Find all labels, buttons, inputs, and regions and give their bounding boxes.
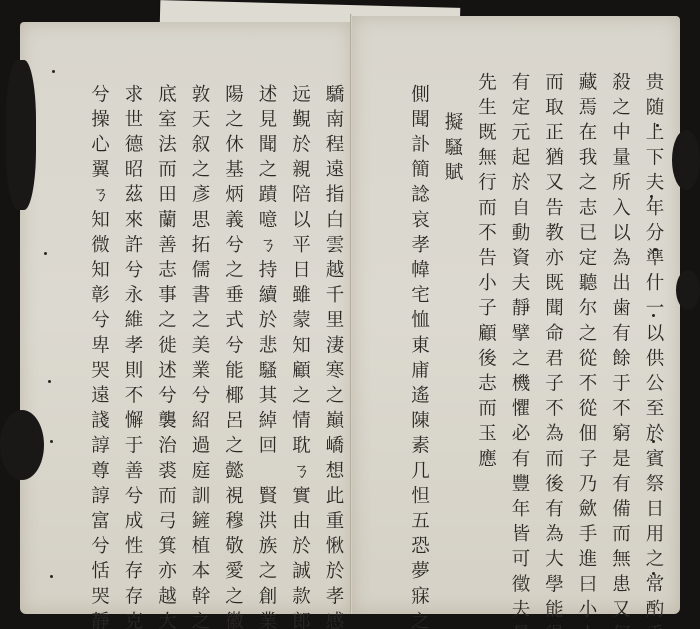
text-column: 側聞訃簡諗哀孝幃宅恤東庯遙陳素几怛五恐夢寐之羡 <box>409 84 428 592</box>
margin-mark <box>44 252 47 255</box>
text-column: 兮操心翼ㄋ知微知彰兮卑哭遠諓諄尊諄富兮恬哭靜嘿念 <box>89 84 108 584</box>
margin-mark <box>50 575 53 578</box>
manuscript-spread: 贵随上下夫年分準什一以供公至於賓祭日用之常酌乎不豐不 殺之中量所入以為出歯有餘于… <box>0 0 700 629</box>
text-column: 远覲於親陪以平日雖蒙知顧之情耽ㄋ實由於誠款郎遊年略 <box>290 84 309 584</box>
margin-mark <box>650 195 653 198</box>
center-fold <box>350 14 352 614</box>
edge-damage <box>0 410 44 480</box>
text-column: 而取正猶又告教亦既聞命君子不為而後有為大學能得必先 <box>543 72 562 592</box>
section-title: 擬騷賦 <box>443 112 462 592</box>
text-column: 先生既無行而不告小子顧後志而玉應 <box>476 72 495 592</box>
text-column: 求世德昭茲來許兮永維孝則不懈于善兮成性存存克篤其度 <box>123 84 142 584</box>
margin-mark <box>48 380 51 383</box>
margin-mark <box>652 314 655 317</box>
text-column: 底室法而田蘭善志事之徙述兮襲治裘而弓箕亦越大爺兮筆 <box>156 84 175 584</box>
margin-mark <box>654 248 657 251</box>
text-column: 述見聞之蹟噫ㄋ持續於悲騷其綽回 賢洪族之創業兮遠亭 <box>257 84 276 584</box>
margin-mark <box>50 440 53 443</box>
text-column: 驕南程遠指白雲越千里淒寒之巔嶠想此重愀於孝感剝茲 <box>324 84 343 584</box>
text-column: 陽之休基炳義兮之垂式兮能椰呂之懿視穆敬愛之徽風兮 <box>223 84 242 584</box>
margin-mark <box>652 572 655 575</box>
text-column: 贵随上下夫年分準什一以供公至於賓祭日用之常酌乎不豐不 <box>644 72 663 592</box>
margin-mark <box>652 440 655 443</box>
left-page-text: 驕南程遠指白雲越千里淒寒之巔嶠想此重愀於孝感剝茲 远覲於親陪以平日雖蒙知顧之情耽… <box>52 84 342 584</box>
right-page-text: 贵随上下夫年分準什一以供公至於賓祭日用之常酌乎不豐不 殺之中量所入以為出歯有餘于… <box>370 72 662 592</box>
edge-damage <box>672 130 700 190</box>
text-column: 藏焉在我之志已定聽尔之從不從佃子乃歛手進曰小人何知就 <box>577 72 596 592</box>
edge-damage <box>6 60 36 210</box>
margin-mark <box>656 124 659 127</box>
edge-damage <box>676 270 700 310</box>
text-column: 殺之中量所入以為出歯有餘于不窮是有備而無患又何愁乎 <box>610 72 629 592</box>
text-column: 敦天叙之彥思拓儒書之美業兮紹過庭訓鏟植本幹之深固兮 <box>190 84 209 584</box>
text-column: 有定元起於自動資夫靜擘之機懼必有豐年皆可徵夫最畋 <box>510 72 529 592</box>
margin-mark <box>52 70 55 73</box>
